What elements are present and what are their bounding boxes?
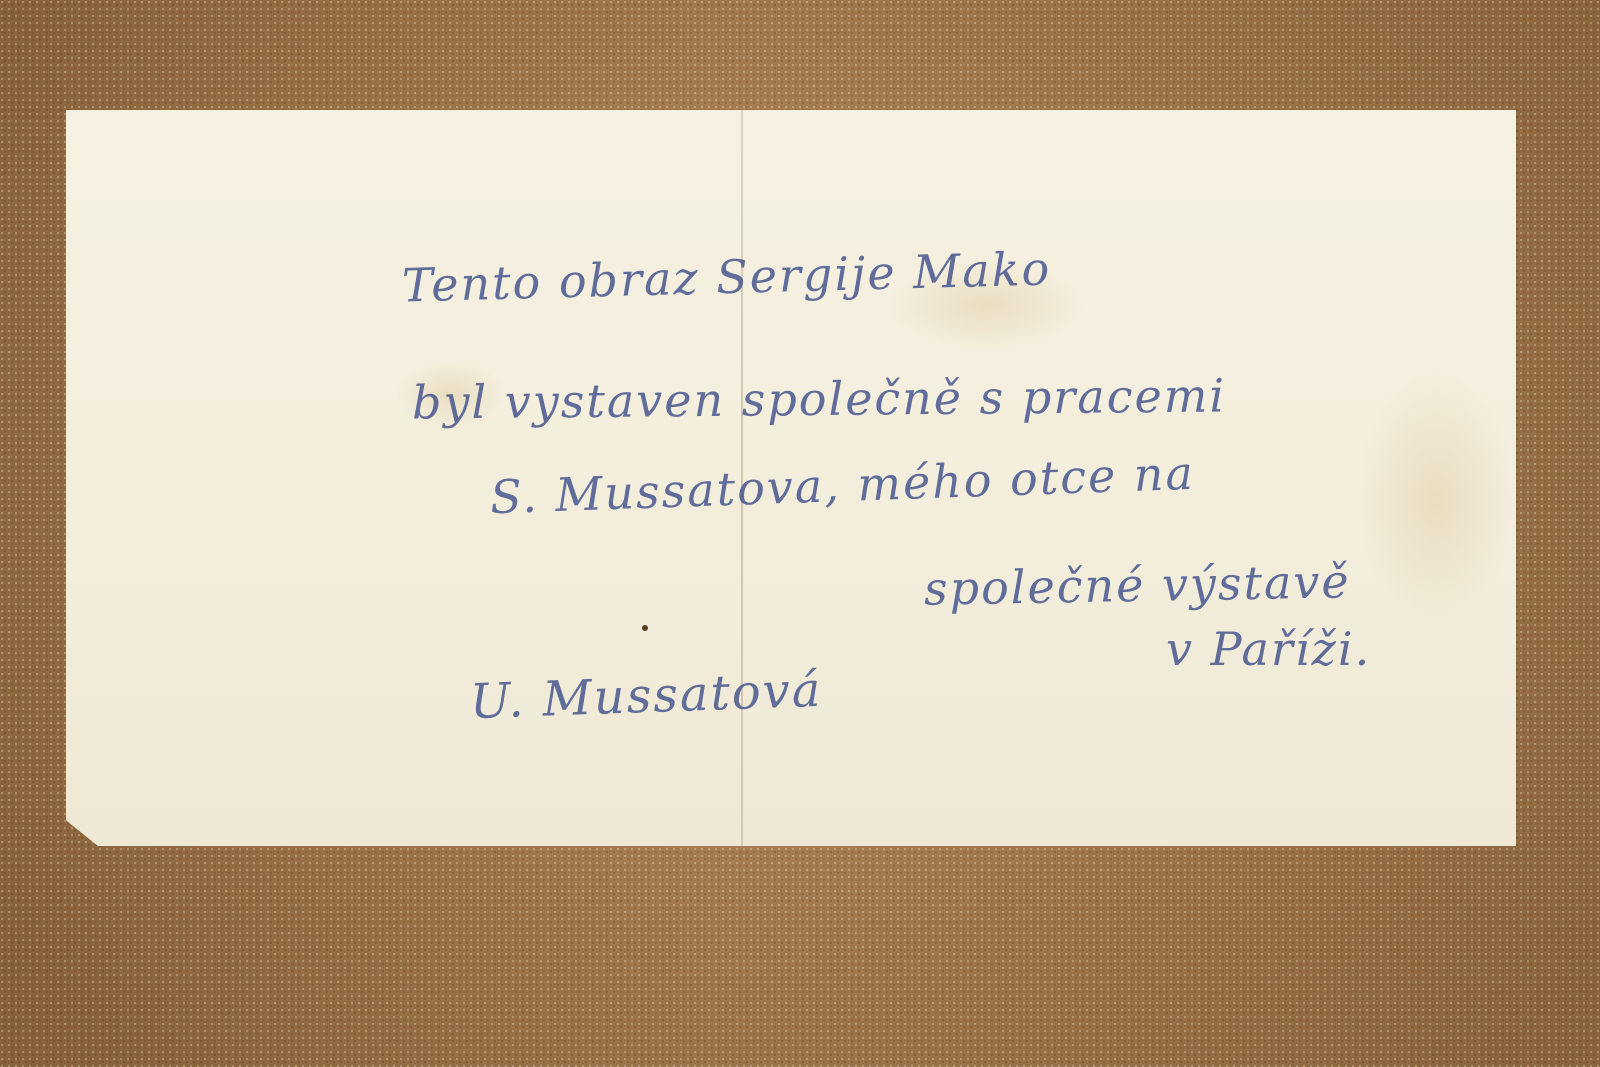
note-line-3: S. Mussatova, mého otce na: [489, 446, 1195, 525]
note-line-4: společné výstavě: [924, 554, 1352, 615]
note-line-2: byl vystaven společně s pracemi: [412, 368, 1226, 429]
handwritten-text: Tento obraz Sergije Mako byl vystaven sp…: [66, 110, 1516, 846]
signature: U. Mussatová: [469, 662, 823, 730]
note-line-5: v Paříži.: [1166, 622, 1371, 676]
paper-note: Tento obraz Sergije Mako byl vystaven sp…: [66, 110, 1516, 846]
ink-dot: [642, 625, 648, 631]
note-line-1: Tento obraz Sergije Mako: [401, 242, 1051, 313]
